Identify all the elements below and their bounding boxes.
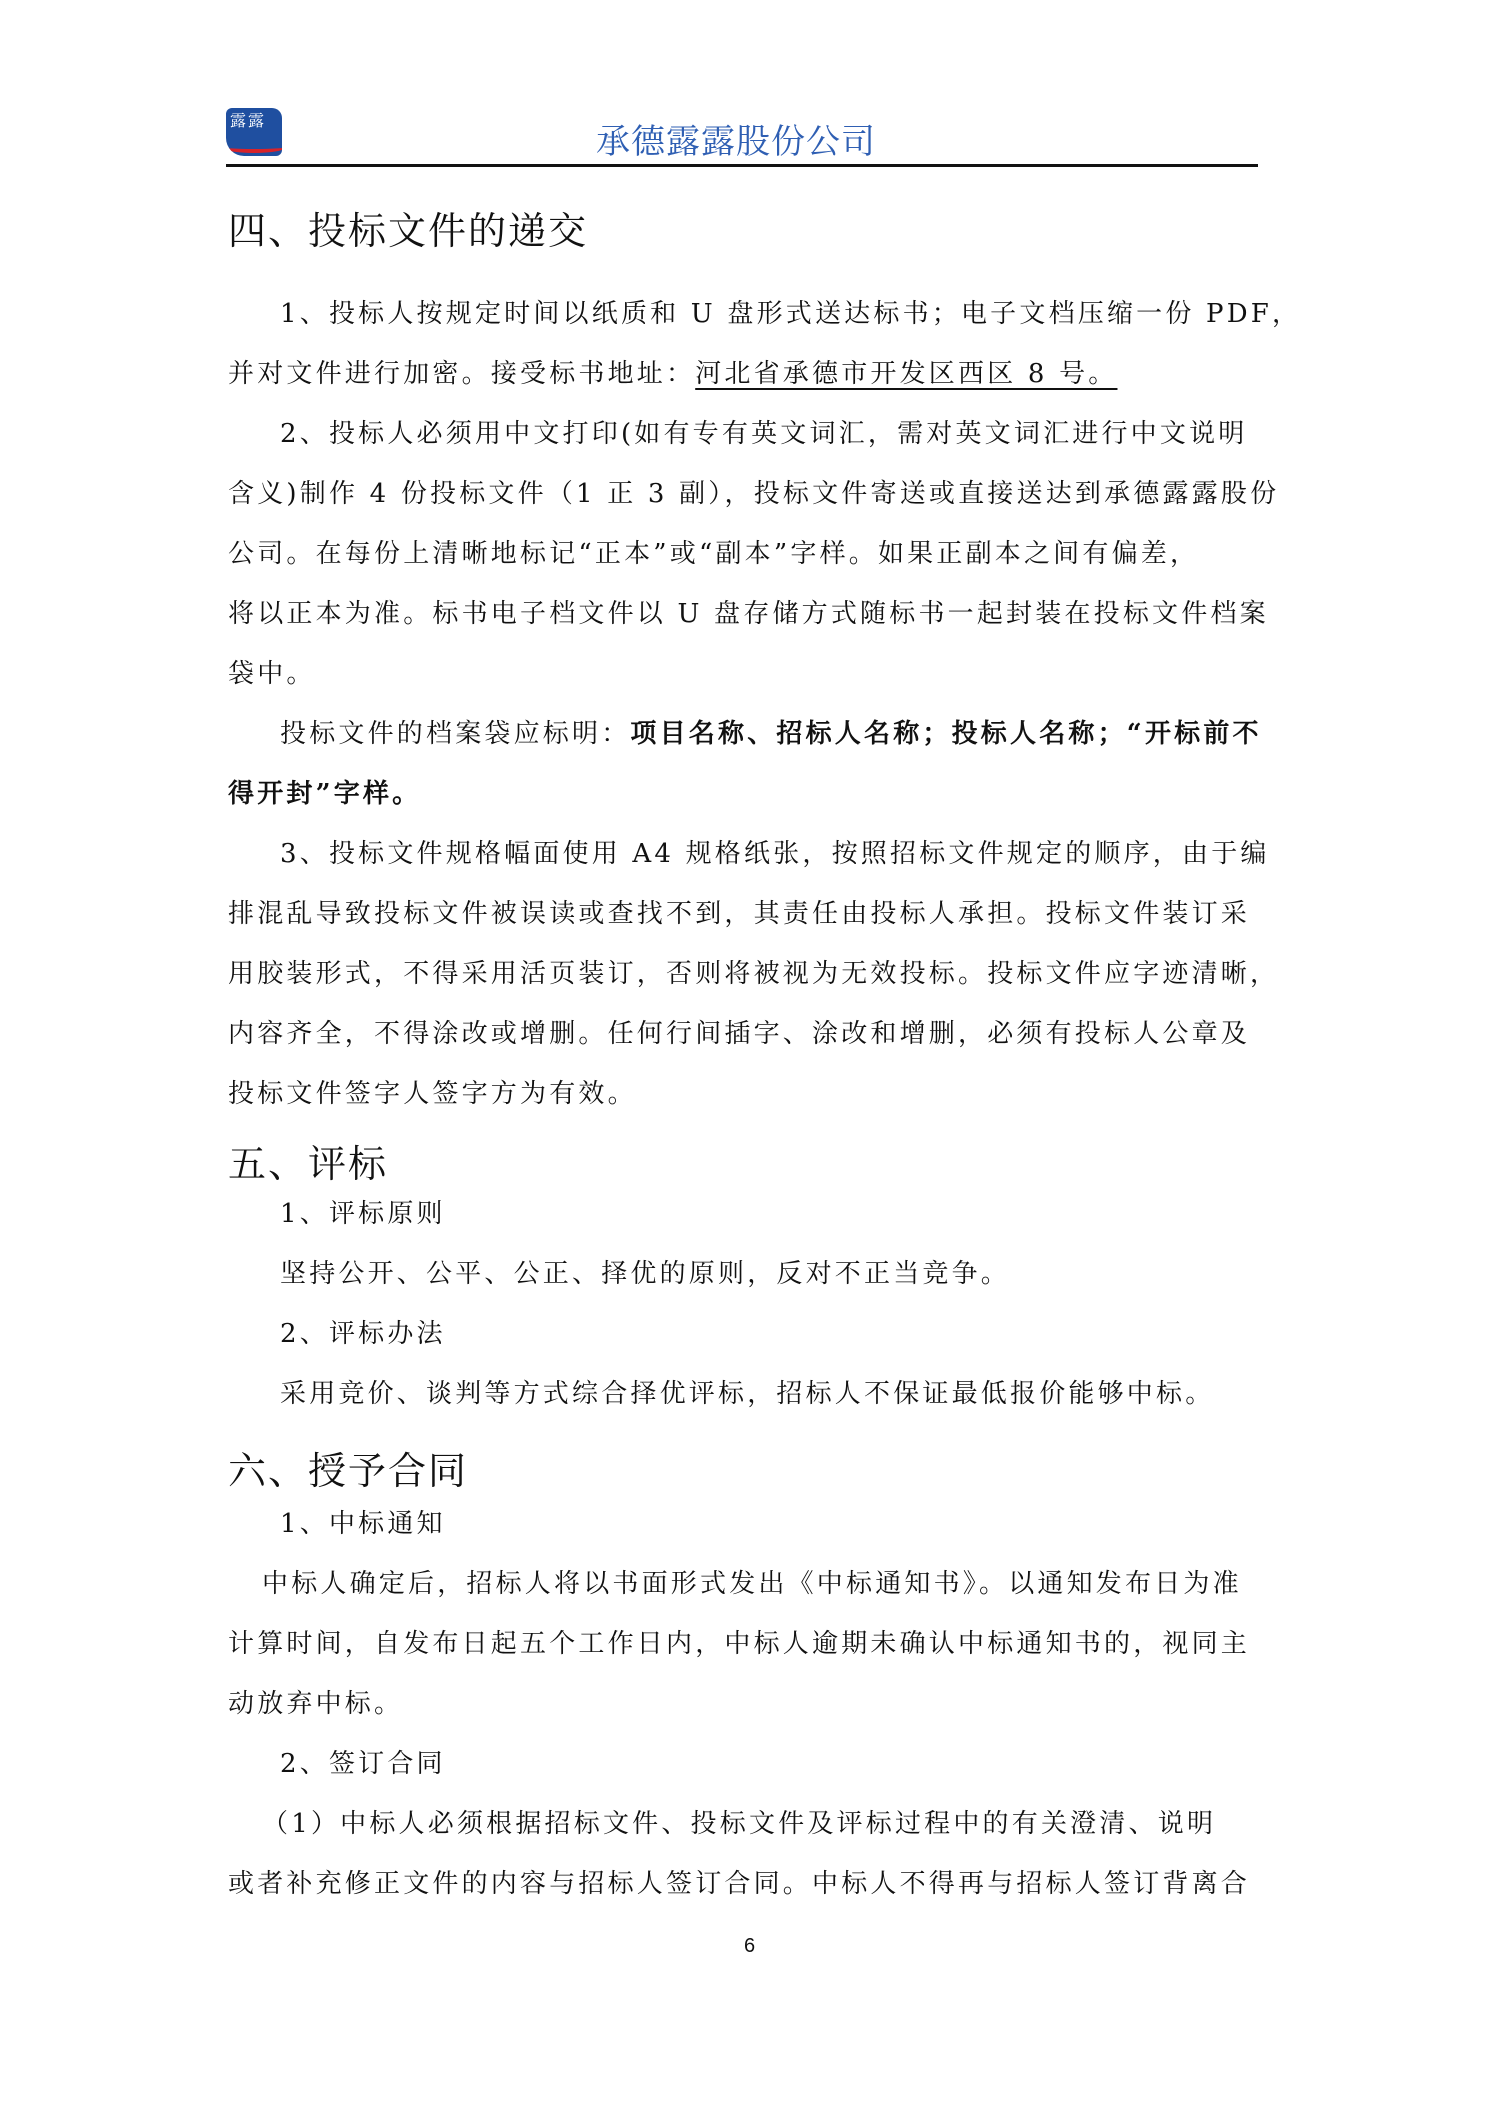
paragraph: 或者补充修正文件的内容与招标人签订合同。中标人不得再与招标人签订背离合 xyxy=(228,1863,1288,1900)
paragraph: 采用竞价、谈判等方式综合择优评标，招标人不保证最低报价能够中标。 xyxy=(280,1373,1340,1410)
paragraph: 内容齐全，不得涂改或增删。任何行间插字、涂改和增删，必须有投标人公章及 xyxy=(228,1013,1288,1050)
subheading: 1、评标原则 xyxy=(280,1193,1340,1230)
paragraph: 坚持公开、公平、公正、择优的原则，反对不正当竞争。 xyxy=(280,1253,1340,1290)
paragraph: 1、投标人按规定时间以纸质和 U 盘形式送达标书；电子文档压缩一份 PDF， xyxy=(280,293,1340,330)
subheading: 1、中标通知 xyxy=(280,1503,1340,1540)
paragraph: 中标人确定后，招标人将以书面形式发出《中标通知书》。以通知发布日为准 xyxy=(262,1563,1322,1600)
paragraph: 排混乱导致投标文件被误读或查找不到，其责任由投标人承担。投标文件装订采 xyxy=(228,893,1288,930)
paragraph: 含义)制作 4 份投标文件（1 正 3 副），投标文件寄送或直接送达到承德露露股… xyxy=(228,473,1288,510)
page-header: 露露 承德露露股份公司 xyxy=(226,108,1256,168)
paragraph: 投标文件的档案袋应标明：项目名称、招标人名称；投标人名称；“开标前不 xyxy=(280,713,1340,750)
company-name: 承德露露股份公司 xyxy=(596,114,876,163)
paragraph: 3、投标文件规格幅面使用 A4 规格纸张，按照招标文件规定的顺序，由于编 xyxy=(280,833,1340,870)
paragraph: 得开封”字样。 xyxy=(228,773,1288,810)
paragraph: 动放弃中标。 xyxy=(228,1683,1288,1720)
paragraph: 并对文件进行加密。接受标书地址：河北省承德市开发区西区 8 号。 xyxy=(228,353,1288,390)
paragraph: 将以正本为准。标书电子档文件以 U 盘存储方式随标书一起封装在投标文件档案 xyxy=(228,593,1288,630)
paragraph: 2、投标人必须用中文打印(如有专有英文词汇，需对英文词汇进行中文说明 xyxy=(280,413,1340,450)
paragraph: （1）中标人必须根据招标文件、投标文件及评标过程中的有关澄清、说明 xyxy=(262,1803,1322,1840)
section-5-title: 五、评标 xyxy=(228,1133,388,1188)
subheading: 2、评标办法 xyxy=(280,1313,1340,1350)
paragraph: 袋中。 xyxy=(228,653,1288,690)
subheading: 2、签订合同 xyxy=(280,1743,1340,1780)
bid-address: 河北省承德市开发区西区 8 号。 xyxy=(695,359,1117,389)
logo-wave xyxy=(226,141,282,153)
section-4-title: 四、投标文件的递交 xyxy=(228,200,588,255)
header-divider xyxy=(226,164,1258,167)
paragraph: 计算时间，自发布日起五个工作日内，中标人逾期未确认中标通知书的，视同主 xyxy=(228,1623,1288,1660)
page-number: 6 xyxy=(744,1935,755,1958)
paragraph: 用胶装形式，不得采用活页装订，否则将被视为无效投标。投标文件应字迹清晰， xyxy=(228,953,1288,990)
paragraph: 投标文件签字人签字方为有效。 xyxy=(228,1073,1288,1110)
company-logo-icon: 露露 xyxy=(226,108,282,156)
section-6-title: 六、授予合同 xyxy=(228,1440,468,1495)
paragraph: 公司。在每份上清晰地标记“正本”或“副本”字样。如果正副本之间有偏差， xyxy=(228,533,1288,570)
